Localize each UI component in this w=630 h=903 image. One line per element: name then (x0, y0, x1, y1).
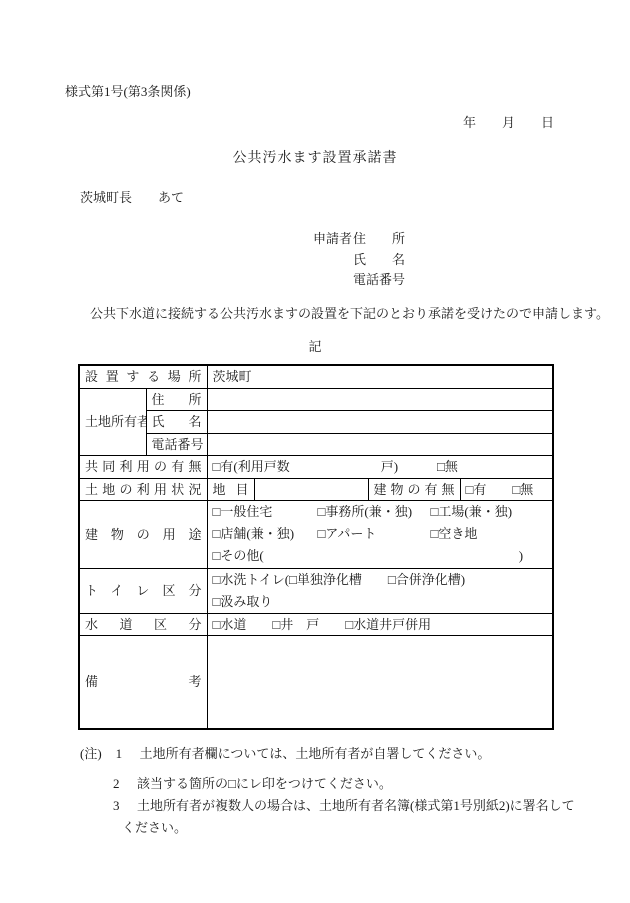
landowner-phone-value (207, 433, 553, 455)
water-type-options: □水道 □井 戸 □水道井戸併用 (207, 613, 553, 635)
table-row: 土地所有者 住所 (79, 388, 553, 410)
checkbox-option: □店舗(兼・独) (213, 523, 318, 545)
applicant-label: 申請者 (313, 231, 352, 247)
checkbox-option: □アパート (318, 523, 431, 545)
table-row: 建物の用途 □一般住宅 □事務所(兼・独) □工場(兼・独) □店舗(兼・独) … (79, 500, 553, 568)
table-row: 共同利用の有無 □有(利用戸数 戸) □無 (79, 455, 553, 478)
building-use-label: 建物の用途 (79, 500, 207, 568)
note-text: ください。 (122, 820, 187, 835)
landowner-name-value (207, 410, 553, 433)
form-number: 様式第1号(第3条関係) (65, 84, 191, 100)
water-type-label: 水道区分 (79, 613, 207, 635)
note-text: 土地所有者が複数人の場合は、土地所有者名簿(様式第1号別紙2)に署名して (137, 798, 575, 813)
landowner-address-label: 住所 (146, 388, 207, 410)
note-line: ください。 (122, 820, 187, 836)
building-use-line: □一般住宅 □事務所(兼・独) □工場(兼・独) (213, 501, 548, 523)
table-row: 土地の利用状況 地目 建物の有無 □有 □無 (79, 478, 553, 500)
location-label: 設置する場所 (79, 365, 207, 388)
building-presence-label: 建物の有無 (368, 478, 460, 500)
table-row: 設置する場所 茨城町 (79, 365, 553, 388)
shared-use-options: □有(利用戸数 戸) □無 (207, 455, 553, 478)
note-line: 3土地所有者が複数人の場合は、土地所有者名簿(様式第1号別紙2)に署名して (113, 798, 575, 814)
land-category-value (254, 478, 368, 500)
date-line: 年 月 日 (463, 115, 554, 131)
shared-use-label: 共同利用の有無 (79, 455, 207, 478)
checkbox-option: □一般住宅 (213, 501, 318, 523)
landowner-name-label: 氏名 (146, 410, 207, 433)
land-status-label: 土地の利用状況 (79, 478, 207, 500)
note-prefix: (注) (80, 746, 102, 761)
table-row: トイレ区分 □水洗トイレ(□単独浄化槽 □合併浄化槽) □汲み取り (79, 568, 553, 613)
note-number: 3 (113, 798, 137, 814)
remarks-value (207, 635, 553, 729)
document-page: 様式第1号(第3条関係) 年 月 日 公共汚水ます設置承諾書 茨城町長 あて 申… (0, 0, 630, 903)
building-presence-options: □有 □無 (460, 478, 553, 500)
landowner-address-value (207, 388, 553, 410)
table-row: 電話番号 (79, 433, 553, 455)
note-number: 1 (116, 746, 140, 762)
table-row: 氏名 (79, 410, 553, 433)
building-use-options: □一般住宅 □事務所(兼・独) □工場(兼・独) □店舗(兼・独) □アパート … (207, 500, 553, 568)
remarks-label: 備考 (79, 635, 207, 729)
toilet-type-label: トイレ区分 (79, 568, 207, 613)
toilet-type-options: □水洗トイレ(□単独浄化槽 □合併浄化槽) □汲み取り (207, 568, 553, 613)
landowner-phone-label: 電話番号 (146, 433, 207, 455)
landowner-label: 土地所有者 (79, 388, 146, 455)
applicant-name-label: 氏 名 (353, 252, 405, 268)
note-number: 2 (113, 776, 137, 792)
applicant-address-label: 住 所 (353, 231, 405, 247)
building-use-line: □その他( ) (213, 545, 548, 567)
checkbox-option: □その他( (213, 545, 264, 567)
table-row: 水道区分 □水道 □井 戸 □水道井戸併用 (79, 613, 553, 635)
note-text: 土地所有者欄については、土地所有者が自署してください。 (140, 746, 491, 761)
paren-close: ) (519, 545, 523, 567)
note-line: 2該当する箇所の□にレ印をつけてください。 (113, 776, 392, 792)
table-row: 備考 (79, 635, 553, 729)
record-mark: 記 (0, 339, 630, 355)
land-category-label: 地目 (207, 478, 254, 500)
form-table: 設置する場所 茨城町 土地所有者 住所 氏名 電話番号 共同利用の有無 □有(利… (78, 364, 554, 730)
intro-sentence: 公共下水道に接続する公共汚水ますの設置を下記のとおり承諾を受けたので申請します。 (90, 306, 609, 322)
building-use-line: □店舗(兼・独) □アパート □空き地 (213, 523, 548, 545)
checkbox-option: □水洗トイレ(□単独浄化槽 □合併浄化槽) (213, 569, 548, 591)
location-value: 茨城町 (207, 365, 553, 388)
checkbox-option: □汲み取り (213, 591, 548, 613)
applicant-phone-label: 電話番号 (353, 272, 405, 288)
note-line: (注)1土地所有者欄については、土地所有者が自署してください。 (80, 746, 490, 762)
note-text: 該当する箇所の□にレ印をつけてください。 (137, 776, 392, 791)
checkbox-option: □空き地 (431, 523, 478, 545)
addressee-line: 茨城町長 あて (80, 190, 184, 206)
checkbox-option: □事務所(兼・独) (318, 501, 431, 523)
checkbox-option: □工場(兼・独) (431, 501, 513, 523)
document-title: 公共汚水ます設置承諾書 (0, 151, 630, 167)
